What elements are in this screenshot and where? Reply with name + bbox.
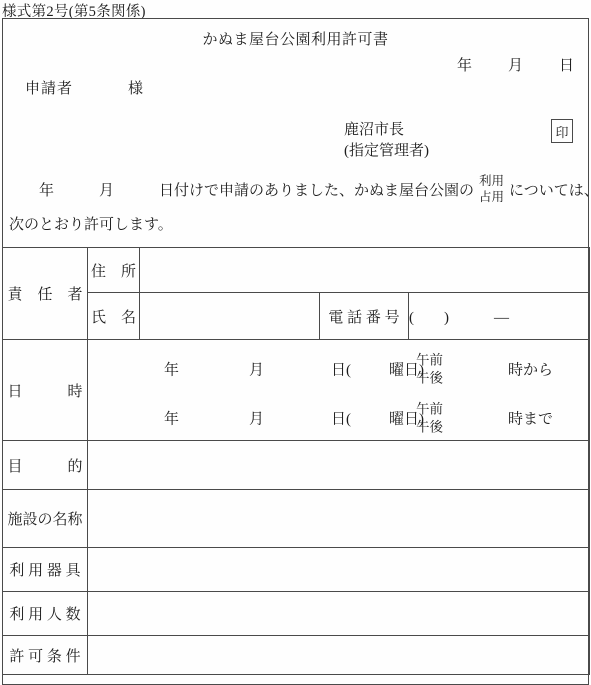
phone-value-cell: ( ) ―: [409, 293, 590, 340]
applicant-label: 申請者: [25, 77, 73, 98]
issuer-block: 鹿沼市長 (指定管理者): [344, 120, 429, 162]
table-row-people-count: 利 用 人 数: [3, 592, 590, 636]
table-row-address: 責 任 者 住 所: [3, 248, 590, 293]
conditions-label: 許 可 条 件: [3, 636, 88, 675]
seal-box: 印: [551, 119, 573, 143]
table-row-name: 氏 名 電 話 番 号 ( ) ―: [3, 293, 590, 340]
date-month-label: 月: [508, 54, 523, 75]
purpose-label: 目 的: [3, 441, 88, 490]
choice-bottom: 占用: [479, 190, 504, 206]
choice-top: 利用: [479, 174, 504, 190]
date-day-label: 日: [559, 54, 574, 75]
people-count-label: 利 用 人 数: [3, 592, 88, 636]
date-year-label: 年: [457, 54, 472, 75]
body-line-1: 年 月 日付けで申請のありました、かぬま屋台公園の 利用 占用 については、: [9, 174, 585, 205]
address-value-cell: [140, 248, 590, 293]
dt1-year: 年: [164, 359, 179, 380]
equipment-label: 利 用 器 具: [3, 548, 88, 592]
people-count-value-cell: [88, 592, 590, 636]
dt1-pm: 午後: [416, 369, 443, 387]
issuer-name: 鹿沼市長: [344, 120, 429, 141]
table-row-equipment: 利 用 器 具: [3, 548, 590, 592]
use-occupy-choice: 利用 占用: [479, 174, 504, 205]
dt2-ampm-stack: 午前 午後: [416, 400, 443, 435]
table-row-purpose: 目 的: [3, 441, 590, 490]
equipment-value-cell: [88, 548, 590, 592]
dt2-year: 年: [164, 408, 179, 429]
document-title: かぬま屋台公園利用許可書: [3, 28, 588, 49]
dt2-am: 午前: [416, 400, 443, 418]
name-label: 氏 名: [88, 293, 140, 340]
datetime-line-start: 年 月 日( 曜日) 午前 午後 時から: [88, 351, 589, 387]
dt1-suffix: 時から: [508, 359, 553, 380]
dt1-ampm-stack: 午前 午後: [416, 351, 443, 386]
responsible-label: 責 任 者: [3, 248, 88, 340]
dt1-day: 日(: [331, 359, 351, 380]
facility-value-cell: [88, 490, 590, 548]
phone-label: 電 話 番 号: [320, 293, 409, 340]
name-value-cell: [140, 293, 320, 340]
conditions-value-cell: [88, 636, 590, 675]
applicant-line: 申請者 様: [3, 77, 588, 97]
applicant-honorific: 様: [128, 77, 143, 98]
purpose-value-cell: [88, 441, 590, 490]
datetime-label: 日 時: [3, 340, 88, 441]
body-line1-pre: 年 月 日付けで申請のありました、かぬま屋台公園の: [39, 179, 474, 200]
permit-sheet: かぬま屋台公園利用許可書 年 月 日 申請者 様 鹿沼市長 (指定管理者) 印 …: [2, 18, 589, 685]
issue-date-line: 年 月 日: [3, 54, 588, 75]
issuer-subtitle: (指定管理者): [344, 141, 429, 162]
dt2-month: 月: [249, 408, 264, 429]
document-page: 様式第2号(第5条関係) かぬま屋台公園利用許可書 年 月 日 申請者 様 鹿沼…: [0, 0, 591, 685]
facility-label: 施設の名称: [3, 490, 88, 548]
table-row-conditions: 許 可 条 件: [3, 636, 590, 675]
table-row-datetime: 日 時 年 月 日( 曜日) 午前 午後 時から 年: [3, 340, 590, 441]
body-text: 年 月 日付けで申請のありました、かぬま屋台公園の 利用 占用 については、 次…: [9, 174, 585, 234]
dt2-pm: 午後: [416, 418, 443, 436]
dt1-am: 午前: [416, 351, 443, 369]
permit-table: 責 任 者 住 所 氏 名 電 話 番 号 ( ) ― 日 時 年 月 日( 曜…: [2, 247, 590, 675]
datetime-line-end: 年 月 日( 曜日) 午前 午後 時まで: [88, 400, 589, 436]
datetime-value-cell: 年 月 日( 曜日) 午前 午後 時から 年 月 日(: [88, 340, 590, 441]
body-line-2: 次のとおり許可します。: [9, 213, 585, 234]
dt2-day: 日(: [331, 408, 351, 429]
address-label: 住 所: [88, 248, 140, 293]
dt2-suffix: 時まで: [508, 408, 553, 429]
table-row-facility: 施設の名称: [3, 490, 590, 548]
dt1-month: 月: [249, 359, 264, 380]
body-line1-post: については、: [509, 179, 591, 200]
